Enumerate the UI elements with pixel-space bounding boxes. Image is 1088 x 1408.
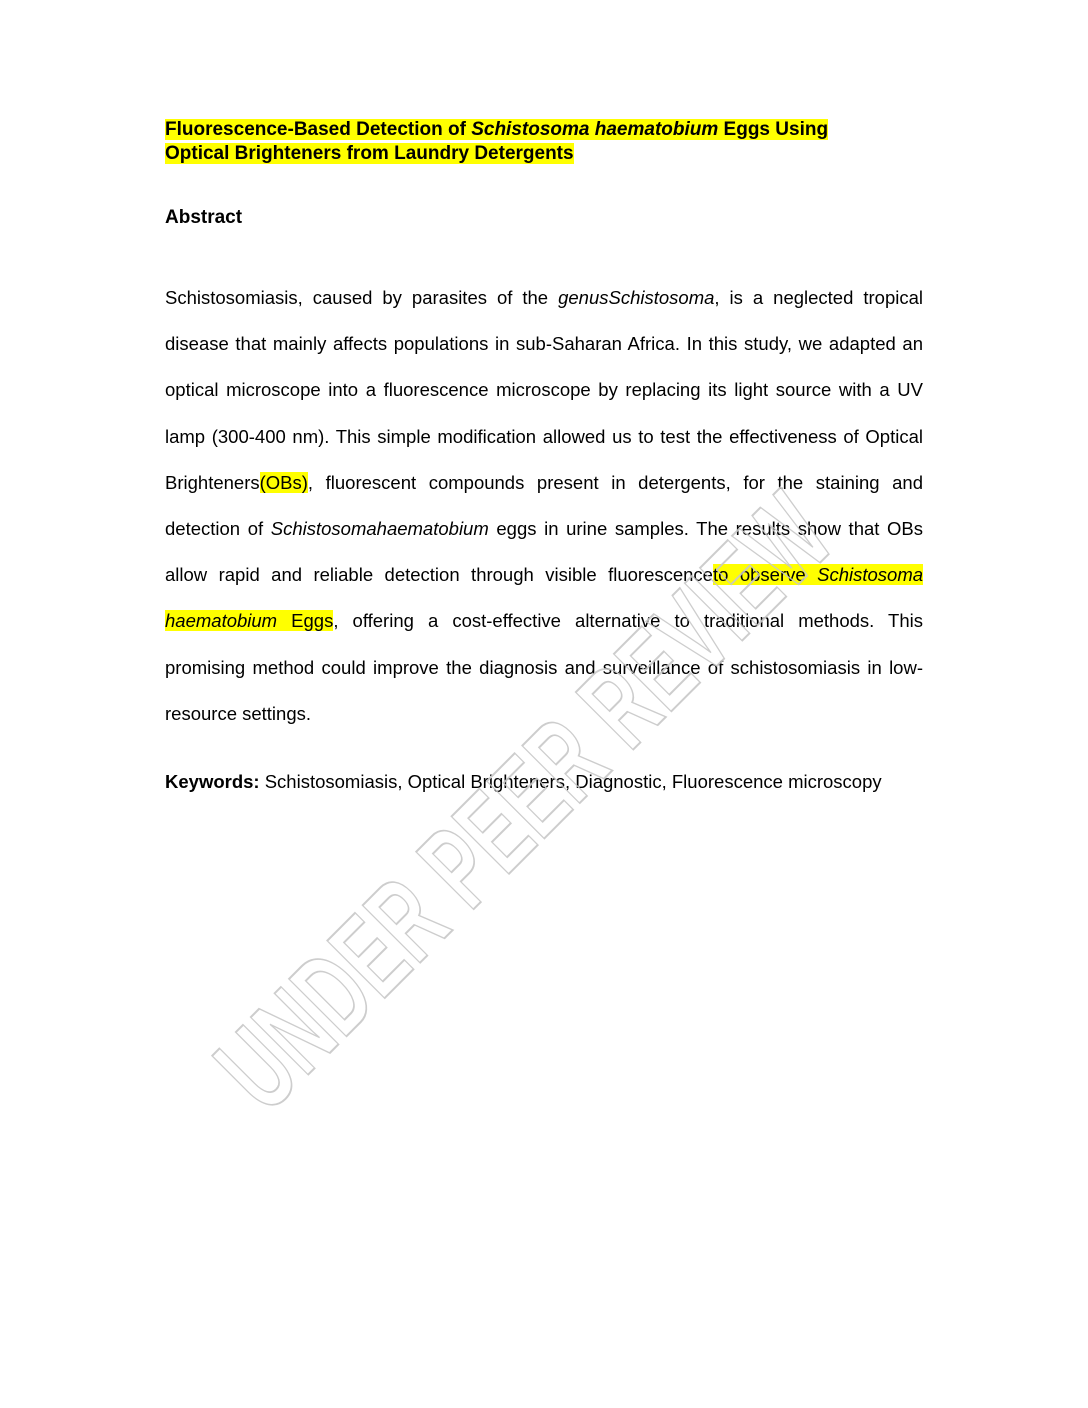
keywords-list: Schistosomiasis, Optical Brighteners, Di… [260,771,882,792]
paper-title: Fluorescence-Based Detection of Schistos… [165,118,885,166]
abstract-genus: genusSchistosoma [558,287,714,308]
document-page: Fluorescence-Based Detection of Schistos… [0,0,1088,1408]
title-text: Fluorescence-Based Detection of [165,119,471,140]
title-highlight: Fluorescence-Based Detection of Schistos… [165,119,828,164]
abstract-species: Schistosomahaematobium [271,518,489,539]
keywords: Keywords: Schistosomiasis, Optical Brigh… [165,758,923,806]
abstract-body: Schistosomiasis, caused by parasites of … [165,275,923,737]
abstract-text: , is a neglected tropical disease that m… [165,287,923,493]
highlight-text: to observe [713,564,817,585]
abstract-heading: Abstract [165,207,242,229]
title-species: Schistosoma haematobium [471,119,718,140]
highlight-obs: (OBs) [260,472,308,493]
keywords-label: Keywords: [165,771,260,792]
highlight-text: Eggs [277,610,333,631]
abstract-text: Schistosomiasis, caused by parasites of … [165,287,558,308]
